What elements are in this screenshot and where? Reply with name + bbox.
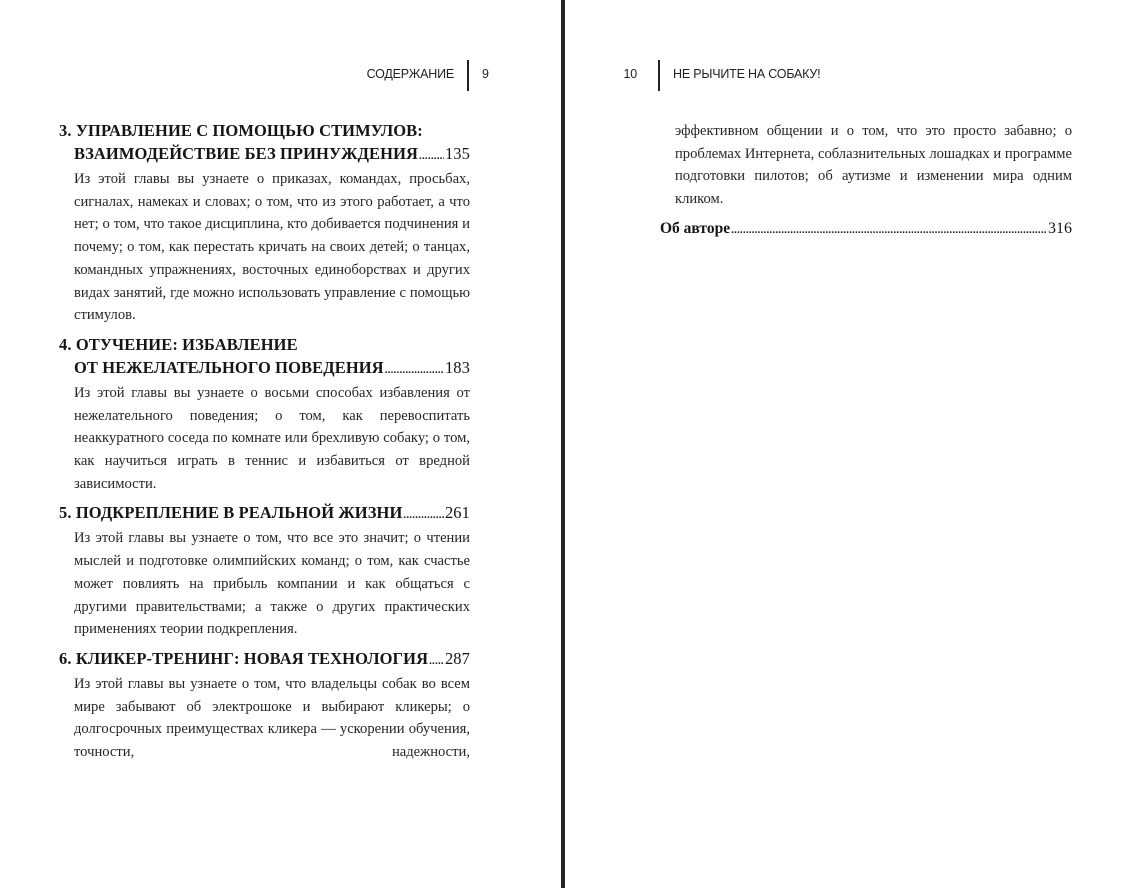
toc-entry-chapter-3: 3. Управление с помощью стимулов: взаимо… bbox=[59, 119, 470, 327]
section-title: СОДЕРЖАНИЕ bbox=[367, 67, 454, 81]
book-title: НЕ РЫЧИТЕ НА СОБАКУ! bbox=[673, 67, 820, 81]
chapter-title: Кликер-тренинг: новая технология bbox=[76, 647, 428, 670]
chapter-page-number: 261 bbox=[445, 501, 470, 524]
table-of-contents: 3. Управление с помощью стимулов: взаимо… bbox=[59, 119, 470, 770]
chapter-page-number: 135 bbox=[445, 142, 470, 165]
toc-entry-about-author[interactable]: Об авторе 316 bbox=[660, 218, 1072, 241]
chapter-description: Из этой главы вы узнаете о восьми способ… bbox=[74, 382, 470, 496]
about-author-page-number: 316 bbox=[1048, 218, 1072, 240]
toc-entry-chapter-5: 5. Подкрепление в реальной жизни 261 Из … bbox=[59, 501, 470, 641]
table-of-contents-continued: эффективном общении и о том, что это про… bbox=[660, 120, 1072, 241]
chapter-title-line1: Отучение: избавление bbox=[76, 335, 298, 354]
chapter-description: Из этой главы вы узнаете о том, что влад… bbox=[74, 673, 470, 764]
running-header-left: СОДЕРЖАНИЕ 9 bbox=[0, 60, 561, 91]
chapter-description: Из этой главы вы узнаете о приказах, ком… bbox=[74, 168, 470, 327]
dot-leader bbox=[403, 504, 444, 527]
right-page: 10 НЕ РЫЧИТЕ НА СОБАКУ! эффективном обще… bbox=[565, 0, 1129, 888]
chapter-title-line1: Управление с помощью стимулов: bbox=[76, 121, 423, 140]
chapter-title-line2: взаимодействие без принуждения bbox=[74, 142, 418, 165]
chapter-heading[interactable]: 3. Управление с помощью стимулов: взаимо… bbox=[59, 119, 470, 168]
chapter-number: 6. bbox=[59, 647, 72, 670]
chapter-title-line2: от нежелательного поведения bbox=[74, 356, 384, 379]
page-number: 9 bbox=[482, 67, 489, 81]
left-page: СОДЕРЖАНИЕ 9 3. Управление с помощью сти… bbox=[0, 0, 561, 888]
chapter-title: Подкрепление в реальной жизни bbox=[76, 501, 403, 524]
toc-entry-chapter-4: 4. Отучение: избавление от нежелательног… bbox=[59, 333, 470, 496]
page-number: 10 bbox=[623, 67, 637, 81]
about-author-label: Об авторе bbox=[660, 218, 730, 240]
chapter-heading[interactable]: 5. Подкрепление в реальной жизни 261 bbox=[59, 501, 470, 527]
chapter-description-continued: эффективном общении и о том, что это про… bbox=[675, 120, 1072, 211]
chapter-heading[interactable]: 6. Кликер-тренинг: новая технология 287 bbox=[59, 647, 470, 673]
chapter-page-number: 287 bbox=[445, 647, 470, 670]
toc-entry-chapter-6: 6. Кликер-тренинг: новая технология 287 … bbox=[59, 647, 470, 764]
chapter-page-number: 183 bbox=[445, 356, 470, 379]
chapter-number: 5. bbox=[59, 501, 72, 524]
chapter-number: 4. bbox=[59, 335, 72, 354]
dot-leader bbox=[731, 219, 1047, 241]
chapter-number: 3. bbox=[59, 121, 72, 140]
running-header-right: 10 НЕ РЫЧИТЕ НА СОБАКУ! bbox=[565, 60, 1129, 91]
dot-leader bbox=[419, 145, 444, 168]
header-divider bbox=[467, 60, 469, 91]
chapter-description: Из этой главы вы узнаете о том, что все … bbox=[74, 527, 470, 641]
dot-leader bbox=[385, 359, 444, 382]
dot-leader bbox=[429, 650, 444, 673]
chapter-heading[interactable]: 4. Отучение: избавление от нежелательног… bbox=[59, 333, 470, 382]
header-divider bbox=[658, 60, 660, 91]
